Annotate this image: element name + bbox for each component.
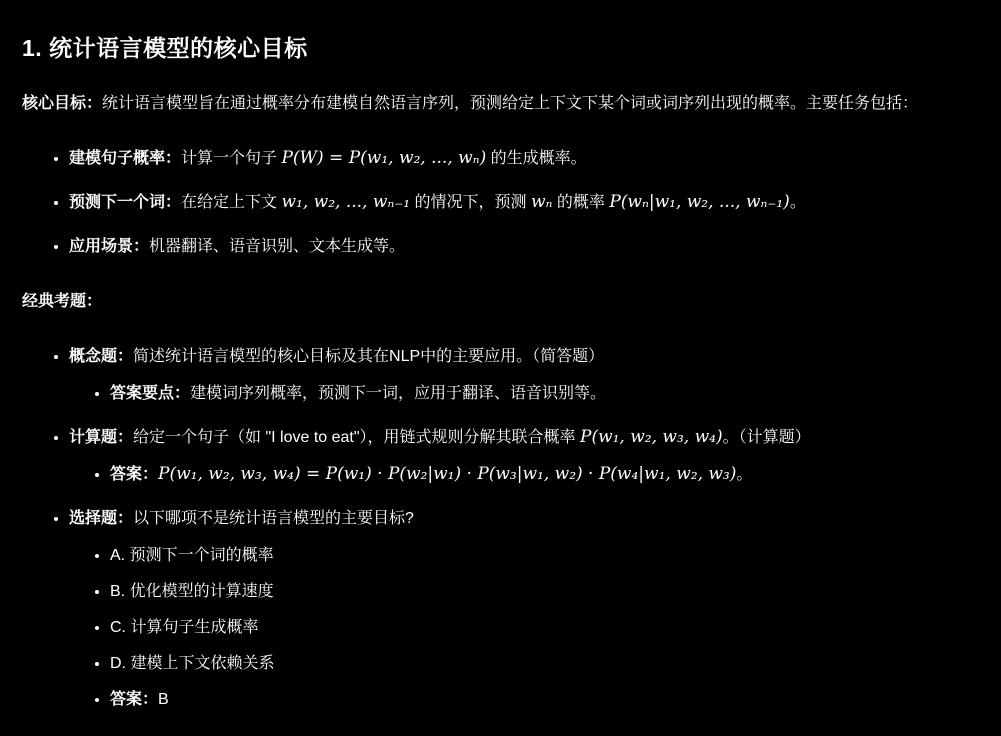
text-run: B. 优化模型的计算速度 [110,583,274,600]
bold-label: 答案： [110,691,158,708]
text-run: 简述统计语言模型的核心目标及其在NLP中的主要应用。（简答题） [133,348,604,365]
task-item-applications: 应用场景：机器翻译、语音识别、文本生成等。 [69,232,977,261]
task-item-sentence-probability: 建模句子概率：计算一个句子 P(W) = P(w₁, w₂, ..., wₙ) … [69,144,977,173]
bold-label: 预测下一个词： [69,194,181,211]
exam-item-choice: 选择题：以下哪项不是统计语言模型的主要目标? A. 预测下一个词的概率 B. 优… [69,504,977,714]
text-run: 的概率 [552,194,609,211]
text-run: 。 [736,466,752,483]
text-run: 的生成概率。 [486,150,586,167]
bold-label: 计算题： [69,429,133,446]
choice-option-list: A. 预测下一个词的概率 B. 优化模型的计算速度 C. 计算句子生成概率 D.… [69,541,977,714]
text-run: 在给定上下文 [181,194,281,211]
exam-item-calculation-text: 计算题：给定一个句子（如 "I love to eat"），用链式规则分解其联合… [69,429,811,446]
text-run: D. 建模上下文依赖关系 [110,655,274,672]
bold-label: 应用场景： [69,238,149,255]
math-formula: P(W) = P(w₁, w₂, ..., wₙ) [281,148,486,168]
concept-answer-list: 答案要点：建模词序列概率，预测下一词，应用于翻译、语音识别等。 [69,379,977,408]
exam-list: 概念题：简述统计语言模型的核心目标及其在NLP中的主要应用。（简答题） 答案要点… [22,342,977,714]
math-formula: P(w₁, w₂, w₃, w₄) [580,427,723,447]
task-list: 建模句子概率：计算一个句子 P(W) = P(w₁, w₂, ..., wₙ) … [22,144,977,261]
bold-label: 核心目标： [22,95,102,112]
math-formula: P(w₁, w₂, w₃, w₄) = P(w₁) · P(w₂|w₁) · P… [158,464,736,484]
text-run: 计算一个句子 [181,150,281,167]
text-run: 。 [790,194,806,211]
page-title: 1. 统计语言模型的核心目标 [22,30,977,63]
document-body: 1. 统计语言模型的核心目标 核心目标：统计语言模型旨在通过概率分布建模自然语言… [0,0,1001,714]
intro-paragraph: 核心目标：统计语言模型旨在通过概率分布建模自然语言序列，预测给定上下文下某个词或… [22,89,977,118]
choice-option-a: A. 预测下一个词的概率 [110,541,977,570]
math-formula: P(wₙ|w₁, w₂, ..., wₙ₋₁) [609,192,789,212]
concept-answer-item: 答案要点：建模词序列概率，预测下一词，应用于翻译、语音识别等。 [110,379,977,408]
text-run: 的情况下，预测 [410,194,531,211]
calculation-answer-item: 答案：P(w₁, w₂, w₃, w₄) = P(w₁) · P(w₂|w₁) … [110,460,977,489]
choice-answer-item: 答案：B [110,685,977,714]
text-run: B [158,691,169,708]
bold-label: 建模句子概率： [69,150,181,167]
exam-item-concept-text: 概念题：简述统计语言模型的核心目标及其在NLP中的主要应用。（简答题） [69,348,604,365]
text-run: 以下哪项不是统计语言模型的主要目标? [133,510,414,527]
bold-label: 选择题： [69,510,133,527]
text-run: A. 预测下一个词的概率 [110,547,274,564]
text-run: 。（计算题） [723,429,811,446]
exam-item-choice-text: 选择题：以下哪项不是统计语言模型的主要目标? [69,510,414,527]
math-formula: w₁, w₂, ..., wₙ₋₁ [281,192,410,212]
calculation-answer-list: 答案：P(w₁, w₂, w₃, w₄) = P(w₁) · P(w₂|w₁) … [69,460,977,489]
exam-item-calculation: 计算题：给定一个句子（如 "I love to eat"），用链式规则分解其联合… [69,423,977,489]
text-run: 给定一个句子（如 "I love to eat"），用链式规则分解其联合概率 [133,429,580,446]
bold-label: 答案： [110,466,158,483]
bold-label: 概念题： [69,348,133,365]
exam-item-concept: 概念题：简述统计语言模型的核心目标及其在NLP中的主要应用。（简答题） 答案要点… [69,342,977,408]
bold-label: 答案要点： [110,385,190,402]
task-item-next-word: 预测下一个词：在给定上下文 w₁, w₂, ..., wₙ₋₁ 的情况下，预测 … [69,188,977,217]
exam-heading: 经典考题： [22,287,977,316]
text-run: 建模词序列概率，预测下一词，应用于翻译、语音识别等。 [190,385,606,402]
bold-label: 经典考题： [22,293,102,310]
text-run: 机器翻译、语音识别、文本生成等。 [149,238,405,255]
choice-option-c: C. 计算句子生成概率 [110,613,977,642]
text-run: C. 计算句子生成概率 [110,619,258,636]
choice-option-d: D. 建模上下文依赖关系 [110,649,977,678]
choice-option-b: B. 优化模型的计算速度 [110,577,977,606]
text-run: 统计语言模型旨在通过概率分布建模自然语言序列，预测给定上下文下某个词或词序列出现… [102,95,918,112]
math-formula: wₙ [531,192,552,212]
